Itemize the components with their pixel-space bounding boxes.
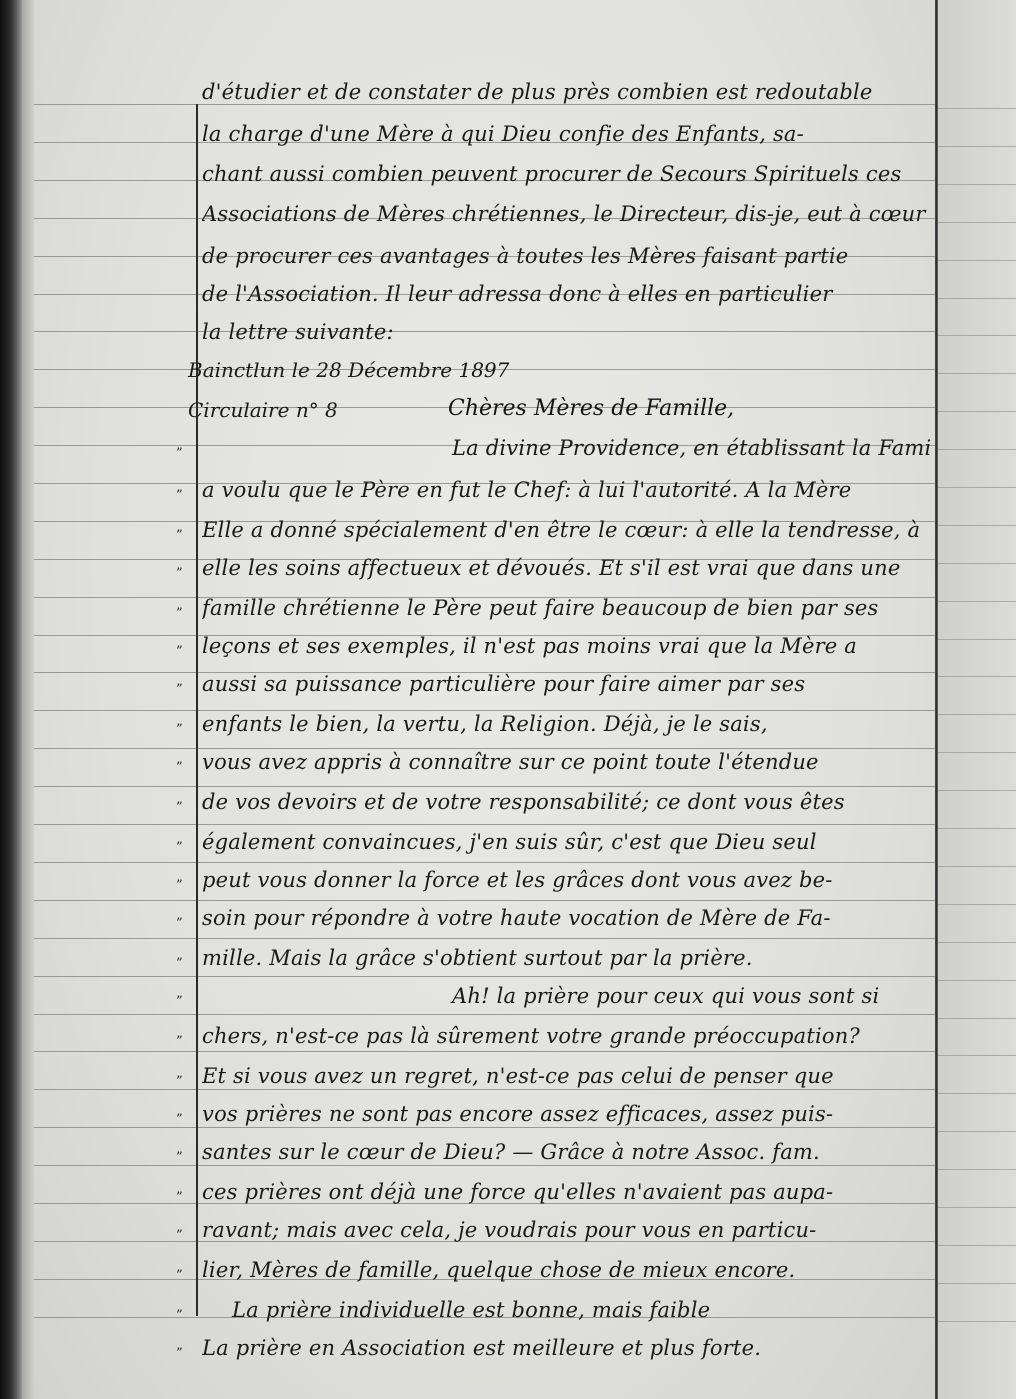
ditto-mark: ” bbox=[176, 1190, 182, 1205]
next-page-rule-line bbox=[938, 752, 1016, 753]
ditto-mark: ” bbox=[176, 800, 182, 815]
next-page-rule-line bbox=[938, 639, 1016, 640]
ditto-mark: ” bbox=[176, 682, 182, 697]
text-line: mille. Mais la grâce s'obtient surtout p… bbox=[202, 946, 930, 970]
text-line: La prière en Association est meilleure e… bbox=[202, 1336, 930, 1360]
rule-line bbox=[34, 1089, 935, 1090]
next-page-rule-line bbox=[938, 487, 1016, 488]
text-line: la lettre suivante: bbox=[202, 320, 930, 344]
text-line: famille chrétienne le Père peut faire be… bbox=[202, 596, 930, 620]
next-page-rule-line bbox=[938, 904, 1016, 905]
ditto-mark: ” bbox=[176, 760, 182, 775]
next-page-rule-line bbox=[938, 601, 1016, 602]
text-line: lier, Mères de famille, quelque chose de… bbox=[202, 1258, 930, 1282]
next-page-rule-line bbox=[938, 980, 1016, 981]
next-page-rule-line bbox=[938, 1093, 1016, 1094]
rule-line bbox=[34, 1165, 935, 1166]
page-stack-edge bbox=[22, 0, 34, 1399]
rule-line bbox=[34, 1127, 935, 1128]
ditto-mark: ” bbox=[176, 488, 182, 503]
rule-line bbox=[34, 710, 935, 711]
next-page-rule-line bbox=[938, 184, 1016, 185]
text-line: Et si vous avez un regret, n'est-ce pas … bbox=[202, 1064, 930, 1088]
next-page-rule-line bbox=[938, 373, 1016, 374]
next-page-rule-line bbox=[938, 1245, 1016, 1246]
next-page-rule-line bbox=[938, 449, 1016, 450]
ditto-mark: ” bbox=[176, 606, 182, 621]
text-line: La divine Providence, en établissant la … bbox=[202, 436, 930, 460]
rule-line bbox=[34, 104, 935, 105]
text-line: santes sur le cœur de Dieu? — Grâce à no… bbox=[202, 1140, 930, 1164]
rule-line bbox=[34, 1051, 935, 1052]
next-page-rule-line bbox=[938, 563, 1016, 564]
ditto-mark: ” bbox=[176, 722, 182, 737]
text-line: elle les soins affectueux et dévoués. Et… bbox=[202, 556, 930, 580]
text-line: ravant; mais avec cela, je voudrais pour… bbox=[202, 1218, 930, 1242]
text-line: également convaincues, j'en suis sûr, c'… bbox=[202, 830, 930, 854]
text-line: aussi sa puissance particulière pour fai… bbox=[202, 672, 930, 696]
book-binding bbox=[0, 0, 22, 1399]
ditto-mark: ” bbox=[176, 1268, 182, 1283]
rule-line bbox=[34, 900, 935, 901]
text-line: chers, n'est-ce pas là sûrement votre gr… bbox=[202, 1024, 930, 1048]
next-page-rule-line bbox=[938, 411, 1016, 412]
text-line: chant aussi combien peuvent procurer de … bbox=[202, 162, 930, 186]
ditto-mark: ” bbox=[176, 1074, 182, 1089]
text-line: peut vous donner la force et les grâces … bbox=[202, 868, 930, 892]
next-page-rule-line bbox=[938, 1018, 1016, 1019]
ditto-mark: ” bbox=[176, 1150, 182, 1165]
next-page-rule-line bbox=[938, 1131, 1016, 1132]
ditto-mark: ” bbox=[176, 1346, 182, 1361]
ditto-mark: ” bbox=[176, 956, 182, 971]
ditto-mark: ” bbox=[176, 840, 182, 855]
ditto-mark: ” bbox=[176, 994, 182, 1009]
next-page-strip bbox=[938, 0, 1016, 1399]
ditto-mark: ” bbox=[176, 528, 182, 543]
text-line: Associations de Mères chrétiennes, le Di… bbox=[202, 202, 930, 226]
ditto-mark: ” bbox=[176, 1034, 182, 1049]
ditto-mark: ” bbox=[176, 878, 182, 893]
text-line: la charge d'une Mère à qui Dieu confie d… bbox=[202, 122, 930, 146]
text-line: d'étudier et de constater de plus près c… bbox=[202, 80, 930, 104]
next-page-rule-line bbox=[938, 790, 1016, 791]
salutation: Chères Mères de Famille, bbox=[448, 396, 734, 421]
text-line: La prière individuelle est bonne, mais f… bbox=[202, 1298, 930, 1322]
next-page-rule-line bbox=[938, 222, 1016, 223]
text-line: vous avez appris à connaître sur ce poin… bbox=[202, 750, 930, 774]
text-line: vos prières ne sont pas encore assez eff… bbox=[202, 1102, 930, 1126]
rule-line bbox=[34, 976, 935, 977]
ditto-mark: ” bbox=[176, 644, 182, 659]
next-page-rule-line bbox=[938, 298, 1016, 299]
text-line: Ah! la prière pour ceux qui vous sont si bbox=[202, 984, 930, 1008]
next-page-rule-line bbox=[938, 942, 1016, 943]
ditto-mark: ” bbox=[176, 446, 182, 461]
text-line: ces prières ont déjà une force qu'elles … bbox=[202, 1180, 930, 1204]
rule-line bbox=[34, 938, 935, 939]
ditto-mark: ” bbox=[176, 1112, 182, 1127]
rule-line bbox=[34, 862, 935, 863]
next-page-rule-line bbox=[938, 866, 1016, 867]
rule-line bbox=[34, 1014, 935, 1015]
rule-line bbox=[34, 786, 935, 787]
next-page-rule-line bbox=[938, 714, 1016, 715]
circular-number: Circulaire n° 8 bbox=[188, 398, 338, 422]
rule-line bbox=[34, 748, 935, 749]
ditto-mark: ” bbox=[176, 566, 182, 581]
next-page-rule-line bbox=[938, 335, 1016, 336]
rule-line bbox=[34, 824, 935, 825]
ditto-mark: ” bbox=[176, 1228, 182, 1243]
next-page-rule-line bbox=[938, 1321, 1016, 1322]
next-page-rule-line bbox=[938, 828, 1016, 829]
ditto-mark: ” bbox=[176, 1308, 182, 1323]
next-page-rule-line bbox=[938, 1055, 1016, 1056]
margin-line bbox=[196, 104, 198, 1316]
text-line: de l'Association. Il leur adressa donc à… bbox=[202, 282, 930, 306]
ditto-mark: ” bbox=[176, 916, 182, 931]
text-line: de procurer ces avantages à toutes les M… bbox=[202, 244, 930, 268]
next-page-rule-line bbox=[938, 146, 1016, 147]
next-page-rule-line bbox=[938, 108, 1016, 109]
text-line: a voulu que le Père en fut le Chef: à lu… bbox=[202, 478, 930, 502]
next-page-rule-line bbox=[938, 525, 1016, 526]
text-line: de vos devoirs et de votre responsabilit… bbox=[202, 790, 930, 814]
text-line: leçons et ses exemples, il n'est pas moi… bbox=[202, 634, 930, 658]
next-page-rule-line bbox=[938, 1207, 1016, 1208]
text-line: Elle a donné spécialement d'en être le c… bbox=[202, 518, 930, 542]
next-page-rule-line bbox=[938, 260, 1016, 261]
next-page-rule-line bbox=[938, 676, 1016, 677]
text-line: soin pour répondre à votre haute vocatio… bbox=[202, 906, 930, 930]
place-date: Bainctlun le 28 Décembre 1897 bbox=[188, 358, 509, 382]
next-page-rule-line bbox=[938, 1169, 1016, 1170]
text-line: enfants le bien, la vertu, la Religion. … bbox=[202, 712, 930, 736]
next-page-rule-line bbox=[938, 1283, 1016, 1284]
